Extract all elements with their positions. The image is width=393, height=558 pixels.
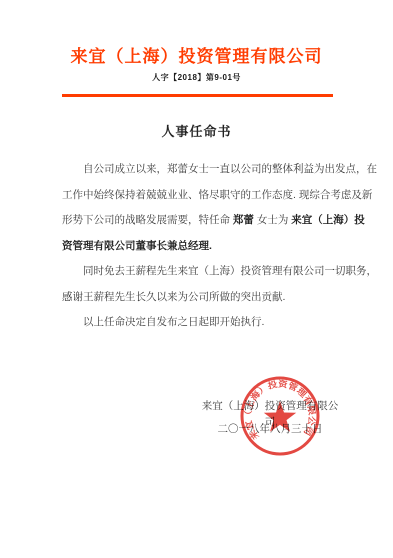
star-icon bbox=[264, 401, 296, 432]
text-run: 工作中始终保持着兢兢业业、恪尽职守的工作态度. 现综合考虑及新 bbox=[62, 189, 372, 201]
body-line-4: 资管理有限公司董事长兼总经理. bbox=[62, 234, 333, 260]
body-line-1: 自公司成立以来，郑蕾女士一直以公司的整体利益为出发点，在 bbox=[62, 157, 333, 183]
doc-number: 人字【2018】第9-01号 bbox=[0, 72, 393, 83]
document-heading: 人事任命书 bbox=[0, 121, 393, 140]
text-run: 自公司成立以来，郑蕾女士一直以公司的整体利益为出发点，在 bbox=[83, 163, 377, 175]
divider-rule bbox=[62, 94, 333, 97]
text-run: 形势下公司的战略发展需要，特任命 bbox=[62, 214, 233, 226]
company-seal: 来宜（上海）投资管理有限公司 bbox=[225, 361, 335, 471]
body-line-2: 工作中始终保持着兢兢业业、恪尽职守的工作态度. 现综合考虑及新 bbox=[62, 183, 333, 209]
body-line-7: 以上任命决定自发布之日起即开始执行. bbox=[62, 310, 333, 336]
text-run: 来宜（上海）投 bbox=[291, 214, 365, 226]
letterhead-title: 来宜（上海）投资管理有限公司 bbox=[0, 42, 393, 67]
appointee-name: 郑蕾 bbox=[233, 214, 254, 226]
body-line-5: 同时免去王薪程先生来宜（上海）投资管理有限公司一切职务， bbox=[62, 259, 333, 285]
document-page: 来宜（上海）投资管理有限公司 人字【2018】第9-01号 人事任命书 自公司成… bbox=[0, 0, 393, 558]
body-text: 自公司成立以来，郑蕾女士一直以公司的整体利益为出发点，在 工作中始终保持着兢兢业… bbox=[62, 157, 333, 336]
text-run: 同时免去王薪程先生来宜（上海）投资管理有限公司一切职务， bbox=[83, 265, 377, 277]
body-line-3: 形势下公司的战略发展需要，特任命 郑蕾 女士为 来宜（上海）投 bbox=[62, 208, 333, 234]
text-run: 以上任命决定自发布之日起即开始执行. bbox=[83, 316, 264, 328]
appointment-title: 资管理有限公司董事长兼总经理. bbox=[62, 240, 212, 252]
text-run: 感谢王薪程先生长久以来为公司所做的突出贡献. bbox=[62, 291, 285, 303]
text-run: 女士为 bbox=[254, 214, 291, 226]
body-line-6: 感谢王薪程先生长久以来为公司所做的突出贡献. bbox=[62, 285, 333, 311]
